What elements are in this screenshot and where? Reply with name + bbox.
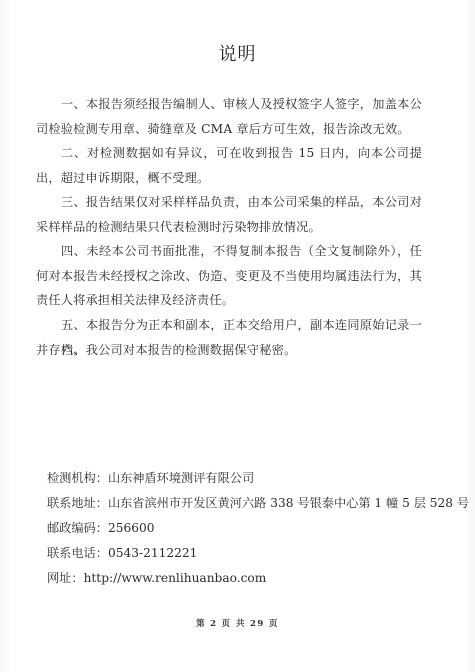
page-number: 第2页 共29页 xyxy=(0,617,475,629)
postcode-value: 256600 xyxy=(108,521,155,535)
page-suffix: 页 xyxy=(269,619,279,629)
agency-value: 山东神盾环境测评有限公司 xyxy=(108,471,254,485)
page-total: 29 xyxy=(250,619,265,629)
page-current: 2 xyxy=(210,619,217,629)
contact-agency: 检测机构：山东神盾环境测评有限公司 xyxy=(47,470,447,486)
page-prefix: 第 xyxy=(196,619,206,629)
phone-label: 联系电话： xyxy=(47,546,108,560)
clause-6: 六、我公司对本报告的检测数据保守秘密。 xyxy=(36,338,422,363)
contact-address: 联系地址：山东省滨州市开发区黄河六路 338 号银泰中心第 1 幢 5 层 52… xyxy=(47,495,447,511)
phone-value: 0543-2112221 xyxy=(108,546,197,560)
postcode-label: 邮政编码： xyxy=(47,521,108,535)
clause-1: 一、本报告须经报告编制人、审核人及授权签字人签字，加盖本公司检验检测专用章、骑缝… xyxy=(36,92,422,141)
clause-2: 二、对检测数据如有异议，可在收到报告 15 日内，向本公司提出，超过申诉期限，概… xyxy=(36,141,422,190)
contact-website: 网址：http://www.renlihuanbao.com xyxy=(47,570,447,586)
address-value: 山东省滨州市开发区黄河六路 338 号银泰中心第 1 幢 5 层 528 号 xyxy=(108,496,469,510)
address-label: 联系地址： xyxy=(47,496,108,510)
clause-4: 四、未经本公司书面批准，不得复制本报告（全文复制除外），任何对本报告未经授权之涂… xyxy=(36,239,422,313)
document-title: 说明 xyxy=(0,40,475,66)
page-mid: 页 共 xyxy=(222,619,246,629)
contact-postcode: 邮政编码：256600 xyxy=(47,520,447,536)
contact-phone: 联系电话：0543-2112221 xyxy=(47,545,447,561)
website-link[interactable]: http://www.renlihuanbao.com xyxy=(84,571,267,585)
website-label: 网址： xyxy=(47,571,84,585)
clause-3: 三、报告结果仅对采样样品负责，由本公司采集的样品，本公司对采样样品的检测结果只代… xyxy=(36,190,422,239)
agency-label: 检测机构： xyxy=(47,471,108,485)
